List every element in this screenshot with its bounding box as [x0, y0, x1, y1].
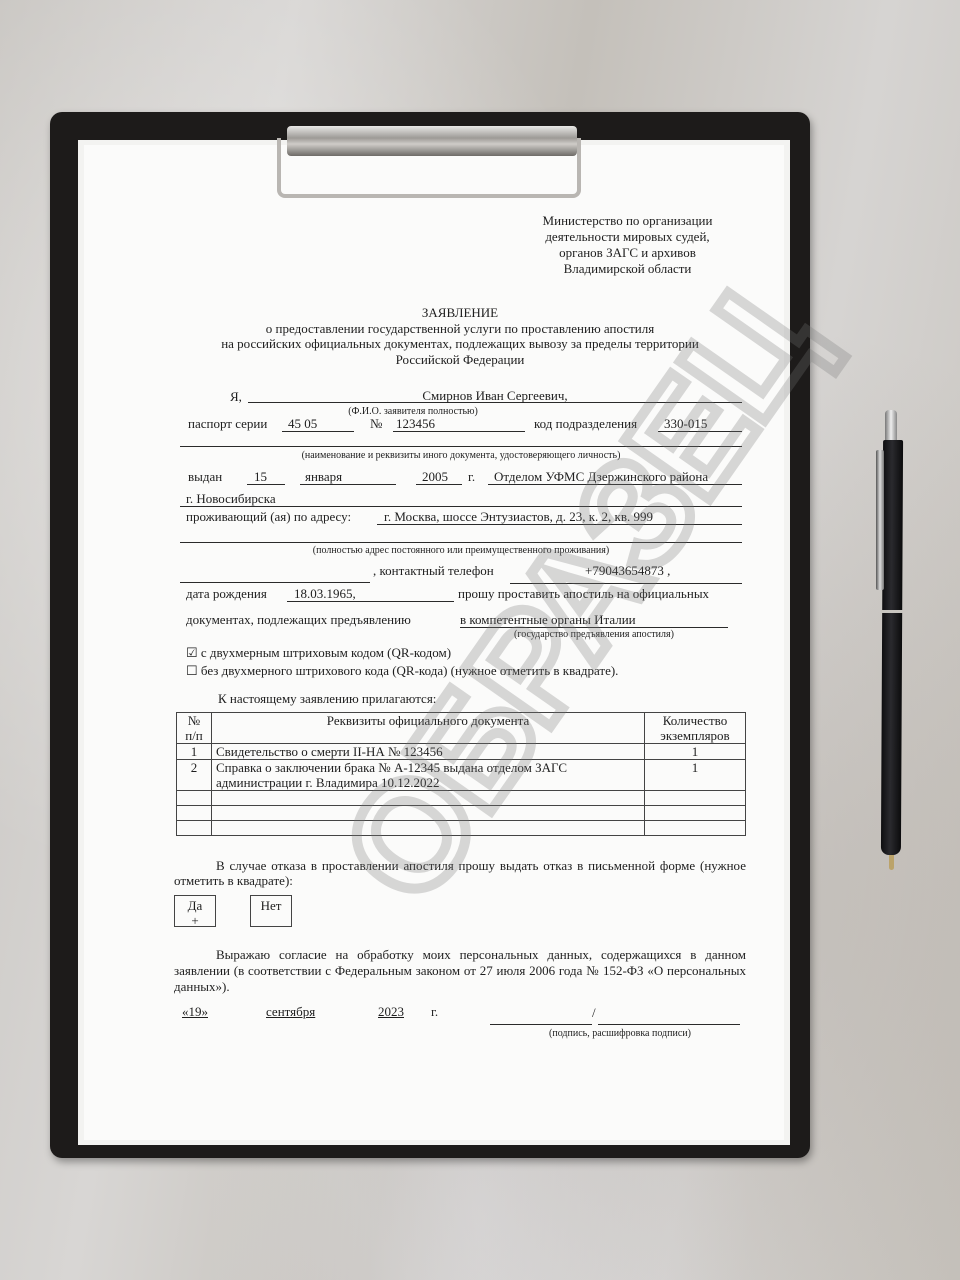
signature-year[interactable]: 2023 — [378, 1004, 404, 1019]
issued-year-field[interactable]: 2005 — [422, 469, 448, 484]
signature-field[interactable] — [490, 1010, 592, 1025]
passport-series-field[interactable]: 45 05 — [288, 416, 317, 431]
refusal-yes-box[interactable]: Да + — [174, 895, 216, 927]
title-line: на российских официальных документах, по… — [180, 336, 740, 352]
row-num: 1 — [177, 744, 212, 760]
division-code-field[interactable]: 330-015 — [664, 416, 707, 431]
issued-day-field[interactable]: 15 — [254, 469, 267, 484]
phone-field[interactable]: +79043654873 , — [585, 563, 670, 578]
qr-option-label: с двухмерным штриховым кодом (QR-кодом) — [201, 645, 451, 660]
full-name-field[interactable]: Смирнов Иван Сергеевич, — [248, 388, 742, 403]
row-num — [177, 791, 212, 806]
ministry-line: органов ЗАГС и архивов — [520, 245, 735, 261]
address-label: проживающий (ая) по адресу: — [186, 509, 351, 524]
row-num — [177, 821, 212, 836]
ministry-line: Министерство по организации — [520, 213, 735, 229]
phone-label: , контактный телефон — [373, 563, 494, 578]
attachments-intro: К настоящему заявлению прилагаются: — [218, 691, 436, 706]
passport-series-label: паспорт серии — [188, 416, 267, 431]
checkbox-unchecked-icon[interactable]: ☐ — [186, 663, 198, 678]
row-details[interactable] — [212, 821, 645, 836]
passport-number-field[interactable]: 123456 — [396, 416, 435, 431]
table-row — [177, 821, 746, 836]
address-hint: (полностью адрес постоянного или преимущ… — [180, 543, 742, 558]
birth-date-field[interactable]: 18.03.1965, — [294, 586, 356, 601]
request-text-2: документах, подлежащих предъявлению — [186, 612, 411, 627]
signature-hint: (подпись, расшифровка подписи) — [520, 1026, 720, 1041]
address-field[interactable]: г. Москва, шоссе Энтузиастов, д. 23, к. … — [384, 509, 653, 524]
other-document-field[interactable] — [180, 432, 742, 447]
row-num: 2 — [177, 760, 212, 791]
table-row — [177, 791, 746, 806]
year-suffix: г. — [468, 469, 475, 484]
issued-month-field[interactable]: января — [305, 469, 342, 484]
other-document-hint: (наименование и реквизиты иного документ… — [180, 448, 742, 463]
ministry-line: Владимирской области — [520, 261, 735, 277]
row-count[interactable]: 1 — [645, 760, 746, 791]
address-field-line2[interactable] — [180, 528, 742, 543]
header-details: Реквизиты официального документа — [212, 713, 645, 744]
yes-label: Да — [175, 898, 215, 913]
table-row: 1 Свидетельство о смерти II-НА № 123456 … — [177, 744, 746, 760]
row-details[interactable]: Справка о заключении брака № А-12345 выд… — [212, 760, 645, 791]
qr-option-without[interactable]: ☐ без двухмерного штрихового кода (QR-ко… — [186, 663, 618, 678]
signature-day[interactable]: «19» — [182, 1004, 208, 1019]
table-row — [177, 806, 746, 821]
passport-number-label: № — [370, 416, 382, 431]
header-count: Количество экземпляров — [645, 713, 746, 744]
no-label: Нет — [251, 898, 291, 913]
ministry-line: деятельности мировых судей, — [520, 229, 735, 245]
name-prefix: Я, — [230, 389, 242, 404]
consent-text: Выражаю согласие на обработку моих персо… — [174, 947, 746, 995]
row-count[interactable] — [645, 806, 746, 821]
qr-option-label: без двухмерного штрихового кода (QR-кода… — [201, 663, 619, 678]
title-heading: ЗАЯВЛЕНИЕ — [180, 305, 740, 321]
application-form: Министерство по организации деятельности… — [0, 0, 960, 1280]
attachments-table: № п/п Реквизиты официального документа К… — [176, 712, 746, 836]
qr-option-with[interactable]: ☑ с двухмерным штриховым кодом (QR-кодом… — [186, 645, 451, 660]
row-details[interactable] — [212, 791, 645, 806]
row-count[interactable] — [645, 821, 746, 836]
issued-by-field[interactable]: Отделом УФМС Дзержинского района — [494, 469, 708, 484]
row-count[interactable] — [645, 791, 746, 806]
issued-by-field-line2[interactable]: г. Новосибирска — [186, 491, 276, 506]
phone-prefix-field[interactable] — [180, 568, 370, 583]
ministry-header: Министерство по организации деятельности… — [520, 213, 735, 277]
division-code-label: код подразделения — [534, 416, 637, 431]
country-field[interactable]: в компетентные органы Италии — [460, 612, 636, 627]
request-text: прошу проставить апостиль на официальных — [458, 586, 709, 601]
signature-name-field[interactable] — [598, 1010, 740, 1025]
row-num — [177, 806, 212, 821]
table-header-row: № п/п Реквизиты официального документа К… — [177, 713, 746, 744]
row-details[interactable] — [212, 806, 645, 821]
signature-month[interactable]: сентября — [266, 1004, 315, 1019]
title-line: о предоставлении государственной услуги … — [180, 321, 740, 337]
yes-mark: + — [175, 913, 215, 928]
document-title: ЗАЯВЛЕНИЕ о предоставлении государственн… — [180, 305, 740, 367]
signature-year-suffix: г. — [431, 1004, 438, 1019]
row-count[interactable]: 1 — [645, 744, 746, 760]
row-details[interactable]: Свидетельство о смерти II-НА № 123456 — [212, 744, 645, 760]
header-num: № п/п — [177, 713, 212, 744]
signature-separator: / — [592, 1005, 596, 1020]
refusal-text: В случае отказа в проставлении апостиля … — [174, 858, 746, 888]
birth-date-label: дата рождения — [186, 586, 267, 601]
checkbox-checked-icon[interactable]: ☑ — [186, 645, 198, 660]
table-row: 2 Справка о заключении брака № А-12345 в… — [177, 760, 746, 791]
country-hint: (государство предъявления апостиля) — [460, 627, 728, 642]
title-line: Российской Федерации — [180, 352, 740, 368]
refusal-no-box[interactable]: Нет — [250, 895, 292, 927]
issued-label: выдан — [188, 469, 222, 484]
